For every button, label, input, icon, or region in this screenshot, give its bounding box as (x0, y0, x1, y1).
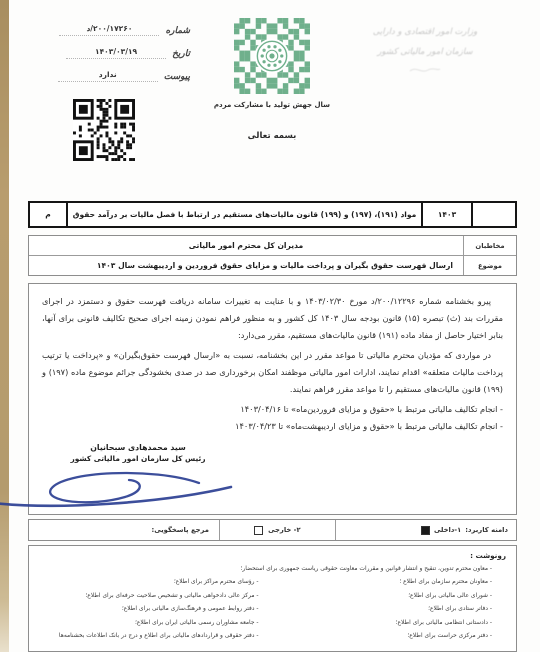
cc-item: - مرکز عالی دادخواهی مالیاتی و تشخیص صلا… (39, 590, 259, 604)
meta-attachment-row: پیوست ندارد (30, 70, 190, 82)
subject-label: موضوع (463, 256, 516, 275)
date-label: تاریخ (172, 49, 190, 59)
addressee-value: مدیران کل محترم امور مالیاتی (29, 239, 463, 252)
cc-right-column: - معاونان محترم سازمان برای اطلاع ؛ - شو… (273, 576, 507, 644)
body-paragraph-2: در مواردی که مؤدیان محترم مالیاتی تا موا… (42, 347, 503, 398)
classification-articles: مواد (۱۹۱)، (۱۹۷) و (۱۹۹) قانون مالیات‌ه… (66, 203, 421, 226)
cc-item: - دادستانی انتظامی مالیاتی برای اطلاع؛ (273, 617, 493, 631)
signer-title: رئیس کل سازمان امور مالیاتی کشور (23, 454, 253, 463)
letter-content: ۱۴۰۳ مواد (۱۹۱)، (۱۹۷) و (۱۹۹) قانون مال… (28, 201, 517, 652)
classification-empty-cell (471, 203, 515, 226)
ministry-letterhead: وزارت امور اقتصادی و دارایی سازمان امور … (340, 22, 510, 75)
addressee-subject-table: مخاطبان مدیران کل محترم امور مالیاتی موض… (28, 235, 517, 276)
cc-box: رونوشت : - معاون محترم تدوین، تنقیح و ان… (28, 545, 517, 652)
number-label: شماره (165, 26, 190, 36)
signature-block: سید محمدهادی سبحانیان رئیس کل سازمان امو… (23, 443, 253, 463)
cc-item: - دفتر حقوقی و قراردادهای مالیاتی برای ا… (39, 630, 259, 644)
subject-row: موضوع ارسال فهرست حقوق بگیران و پرداخت م… (29, 255, 516, 275)
internal-label: ۱-داخلی (434, 526, 461, 534)
scan-edge-strip (0, 0, 9, 652)
scope-footer: دامنه کاربرد: ۱-داخلی ۲- خارجی مرجع پاسخ… (28, 519, 517, 541)
body-bullet-1: - انجام تکالیف مالیاتی مرتبط با «حقوق و … (42, 401, 503, 418)
cc-columns: - معاونان محترم سازمان برای اطلاع ؛ - شو… (39, 576, 506, 644)
external-cell: ۲- خارجی (219, 520, 336, 540)
internal-checkbox-checked (421, 526, 430, 535)
signer-name: سید محمدهادی سبحانیان (23, 443, 253, 452)
letterhead-flourish-icon (408, 65, 442, 75)
ministry-line1: وزارت امور اقتصادی و دارایی (340, 22, 510, 42)
cc-item: - دفتر روابط عمومی و فرهنگ‌سازی مالیاتی … (39, 603, 259, 617)
cc-title: رونوشت : (39, 551, 506, 560)
cc-left-column: - رؤسای محترم مراکز برای اطلاع؛ - مرکز ع… (39, 576, 273, 644)
date-value: ۱۴۰۳/۰۳/۱۹ (66, 47, 166, 59)
ministry-line2: سازمان امور مالیاتی کشور (340, 42, 510, 62)
number-value: ۲۰۰/۱۷۲۶۰/د (59, 24, 159, 36)
subject-value: ارسال فهرست حقوق بگیران و پرداخت مالیات … (29, 259, 463, 272)
besmeleh-text: بسمه تعالی (170, 131, 374, 141)
cc-item: - معاونان محترم سازمان برای اطلاع ؛ (273, 576, 493, 590)
signature-scribble (0, 465, 263, 517)
meta-date-row: تاریخ ۱۴۰۳/۰۳/۱۹ (30, 47, 190, 59)
scope-cell: دامنه کاربرد: ۱-داخلی (336, 520, 516, 540)
cc-item: - شورای عالی مالیاتی برای اطلاع؛ (273, 590, 493, 604)
addressee-row: مخاطبان مدیران کل محترم امور مالیاتی (29, 236, 516, 255)
tax-administration-emblem-icon (234, 18, 310, 94)
cc-item: - رؤسای محترم مراکز برای اطلاع؛ (39, 576, 259, 590)
external-label: ۲- خارجی (268, 526, 300, 534)
body-paragraph-1: پیرو بخشنامه شماره ۲۰۰/۱۲۲۹۶/د مورخ ۱۴۰۳… (42, 293, 503, 344)
letter-body: پیرو بخشنامه شماره ۲۰۰/۱۲۲۹۶/د مورخ ۱۴۰۳… (28, 283, 517, 515)
cc-full-item: - معاون محترم تدوین، تنقیح و انتشار قوان… (39, 563, 506, 576)
classification-type-code: م (30, 203, 66, 226)
responder-cell: مرجع پاسخگویی: (29, 520, 219, 540)
qr-code (73, 99, 135, 161)
body-bullet-2: - انجام تکالیف مالیاتی مرتبط با «حقوق و … (42, 418, 503, 435)
cc-item: - دفتر مرکزی حراست برای اطلاع؛ (273, 630, 493, 644)
cc-item: - جامعه مشاوران رسمی مالیاتی ایران برای … (39, 617, 259, 631)
classification-bar: ۱۴۰۳ مواد (۱۹۱)، (۱۹۷) و (۱۹۹) قانون مال… (28, 201, 517, 228)
cc-item: - دفاتر ستادی برای اطلاع؛ (273, 603, 493, 617)
external-checkbox-unchecked (254, 526, 263, 535)
scope-label: دامنه کاربرد: (465, 526, 508, 534)
attachment-label: پیوست (164, 72, 190, 82)
year-slogan: سال جهش تولید با مشارکت مردم (160, 101, 384, 109)
attachment-value: ندارد (58, 70, 158, 82)
classification-year: ۱۴۰۳ (421, 203, 471, 226)
document-page: وزارت امور اقتصادی و دارایی سازمان امور … (0, 0, 540, 652)
meta-number-row: شماره ۲۰۰/۱۷۲۶۰/د (30, 24, 190, 36)
addressee-label: مخاطبان (463, 236, 516, 255)
responder-label: مرجع پاسخگویی: (152, 526, 209, 534)
letter-meta: شماره ۲۰۰/۱۷۲۶۰/د تاریخ ۱۴۰۳/۰۳/۱۹ پیوست… (30, 24, 190, 93)
